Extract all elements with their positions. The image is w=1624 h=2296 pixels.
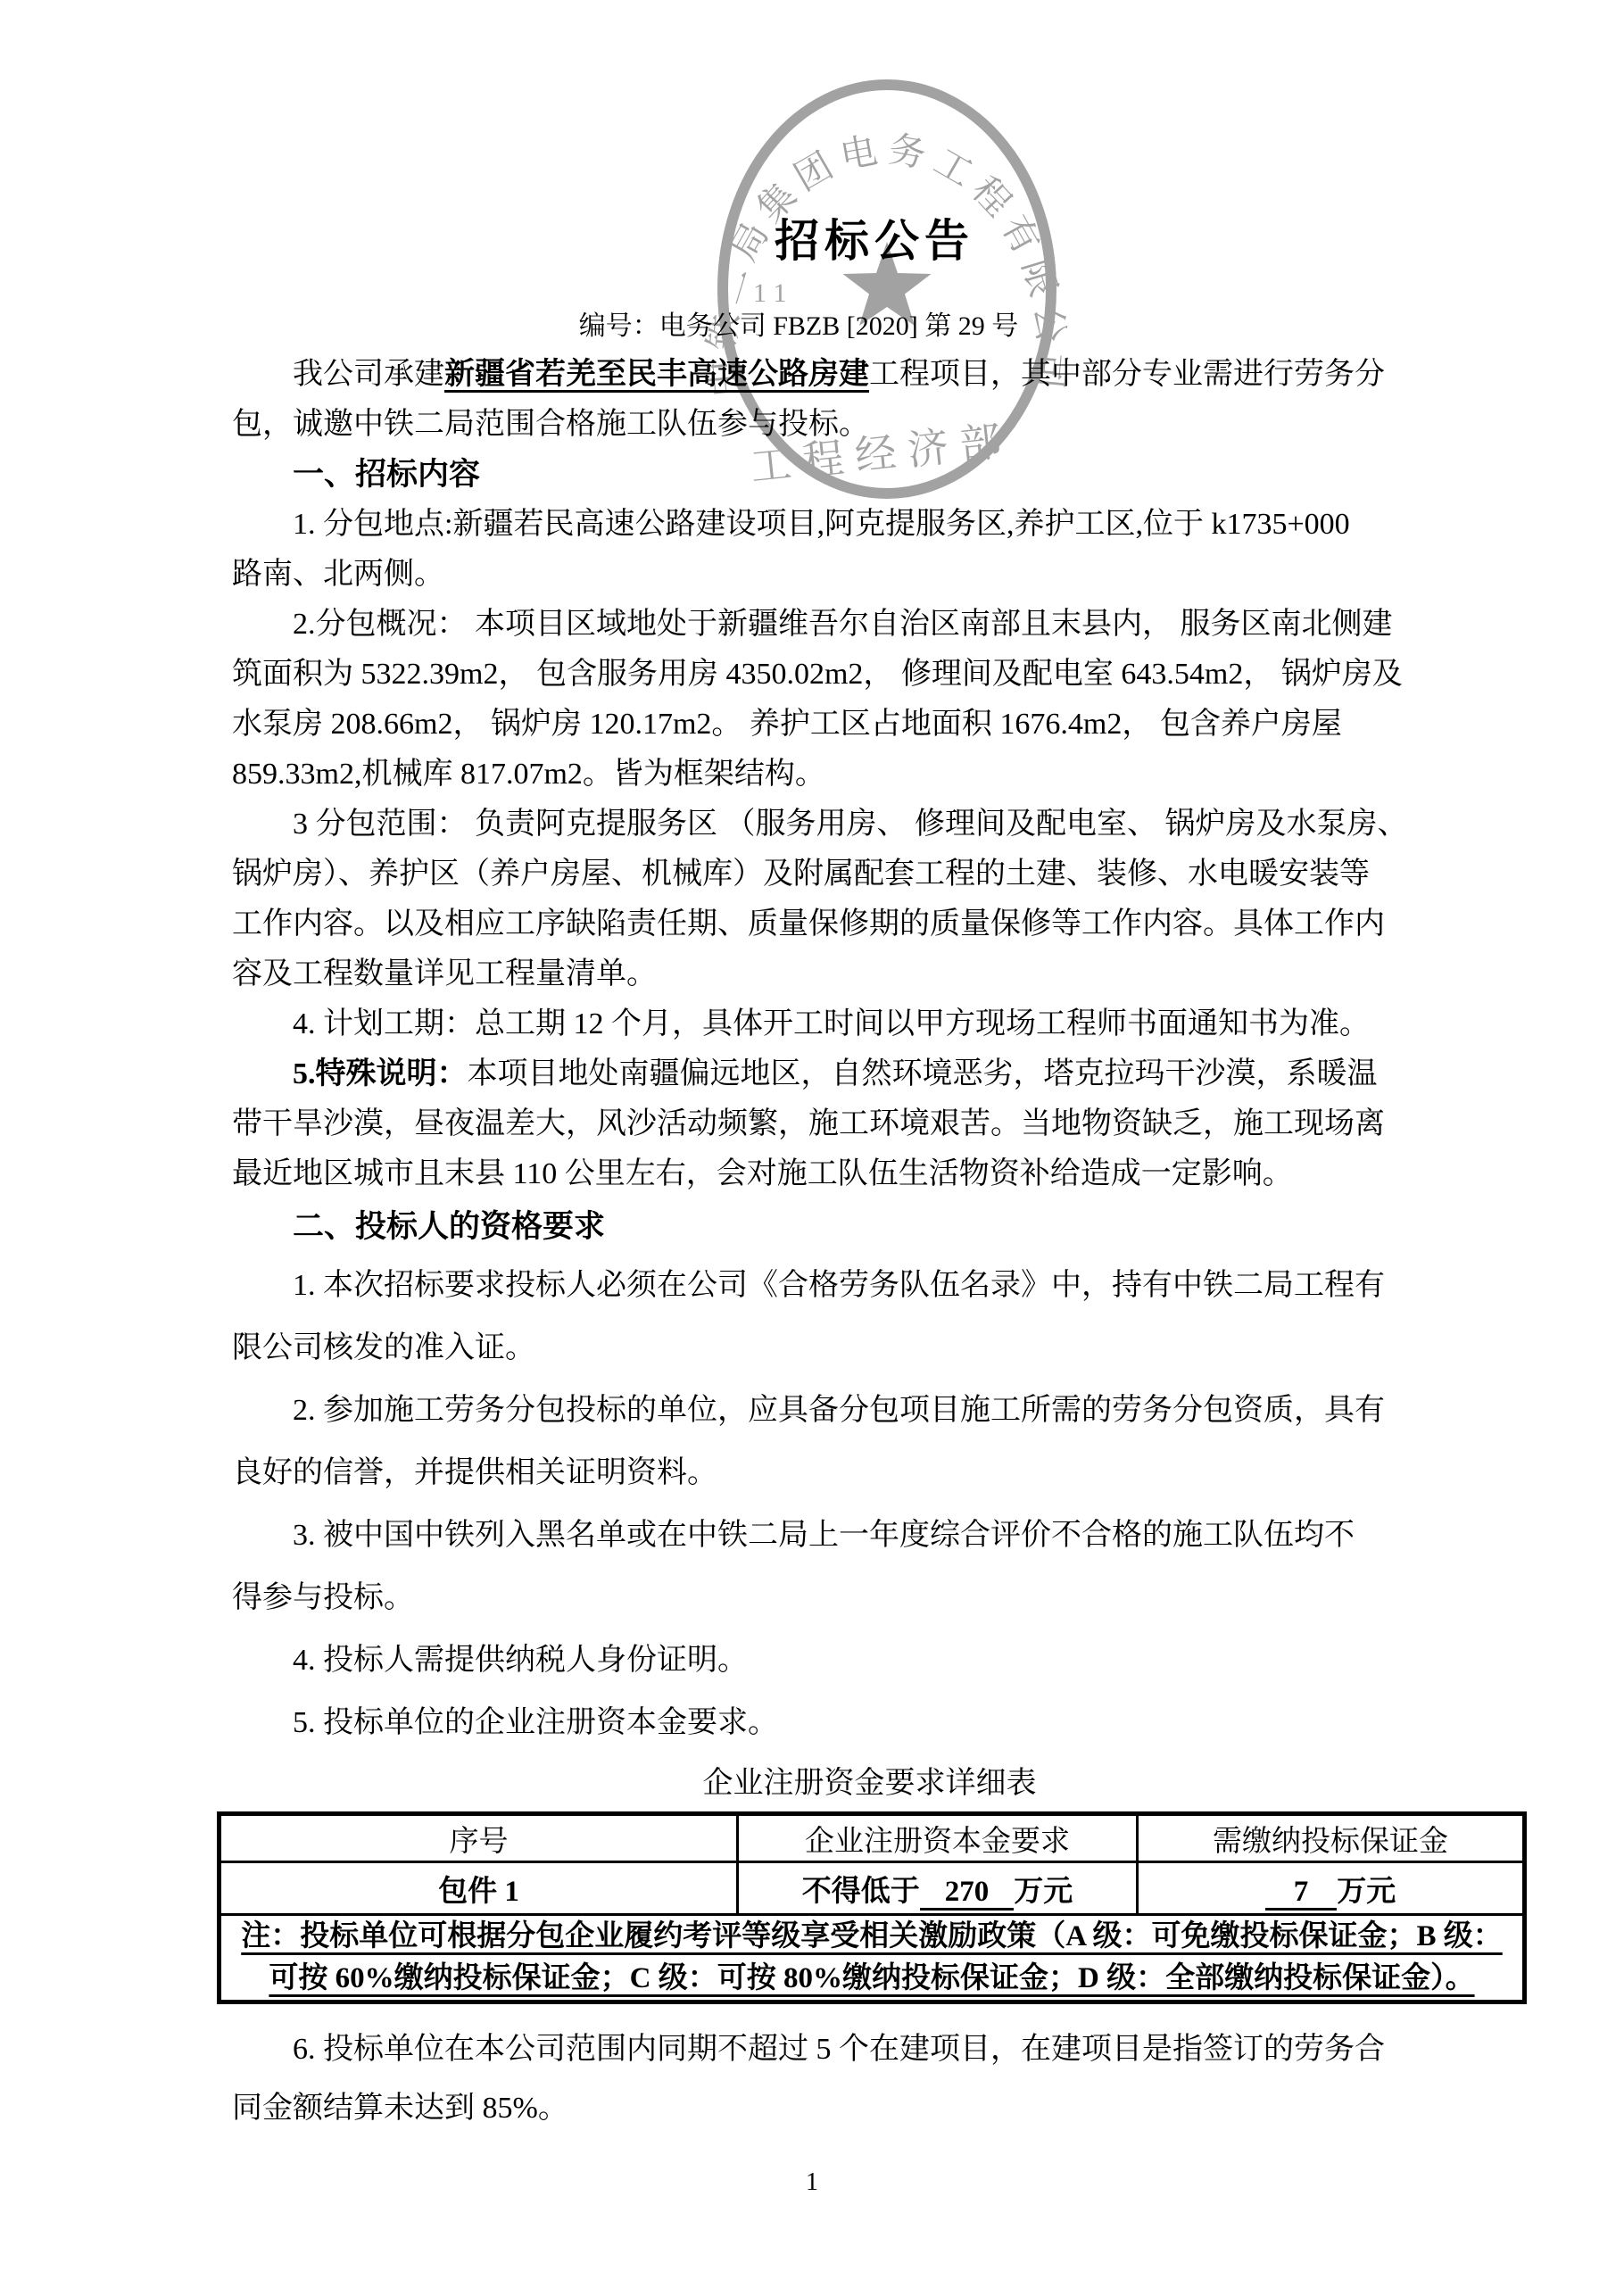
table-data-row: 包件 1 不得低于270万元 7万元: [220, 1862, 1525, 1915]
capital-value-blank: 270: [920, 1876, 1015, 1911]
capital-unit: 万元: [1014, 1876, 1073, 1908]
intro-paragraph-line2: 包，诚邀中铁二局范围合格施工队伍参与投标。: [232, 400, 1479, 450]
capital-requirement-table: 序号 企业注册资本金要求 需缴纳投标保证金 包件 1 不得低于270万元 7万元…: [217, 1811, 1527, 2004]
deposit-value-blank: 7: [1265, 1876, 1338, 1911]
section2-item2: 2. 参加施工劳务分包投标的单位，应具备分包项目施工所需的劳务分包资质，具有 良…: [232, 1380, 1479, 1504]
section1-item5-rest: 带干旱沙漠，昼夜温差大，风沙活动频繁，施工环境艰苦。当地物资缺乏，施工现场离 最…: [232, 1099, 1479, 1199]
section1-item1: 1. 分包地点:新疆若民高速公路建设项目,阿克提服务区,养护工区,位于 k173…: [232, 500, 1479, 600]
special-note-label: 5.特殊说明：: [293, 1057, 468, 1090]
section1-heading: 一、招标内容: [232, 450, 1479, 500]
section2-item6: 6. 投标单位在本公司范围内同期不超过 5 个在建项目，在建项目是指签订的劳务合…: [232, 2020, 1479, 2138]
section2-item5: 5. 投标单位的企业注册资本金要求。: [232, 1692, 1479, 1754]
header-deposit: 需缴纳投标保证金: [1138, 1814, 1525, 1862]
cell-deposit: 7万元: [1138, 1862, 1525, 1915]
intro-suffix: 工程项目，其中部分专业需进行劳务分: [869, 358, 1385, 391]
document-body: 我公司承建新疆省若羌至民丰高速公路房建工程项目，其中部分专业需进行劳务分 包，诚…: [232, 350, 1479, 2138]
deposit-unit: 万元: [1337, 1876, 1396, 1908]
cell-package: 包件 1: [220, 1862, 738, 1915]
section1-item5-line1: 5.特殊说明：本项目地处南疆偏远地区，自然环境恶劣，塔克拉玛干沙漠，系暖温: [232, 1049, 1479, 1099]
document-number: 编号：电务公司 FBZB [2020] 第 29 号: [0, 303, 1611, 343]
capital-prefix: 不得低于: [802, 1876, 920, 1908]
document-title: 招标公告: [62, 205, 1624, 269]
cell-capital: 不得低于270万元: [738, 1862, 1138, 1915]
section1-item4: 4. 计划工期：总工期 12 个月，具体开工时间以甲方现场工程师书面通知书为准。: [232, 999, 1479, 1049]
section2-item4: 4. 投标人需提供纳税人身份证明。: [232, 1629, 1479, 1692]
section1-item3: 3 分包范围： 负责阿克提服务区 （服务用房、 修理间及配电室、 锅炉房及水泵房…: [232, 800, 1479, 999]
table-note-row: 注：投标单位可根据分包企业履约考评等级享受相关激励政策（A 级：可免缴投标保证金…: [220, 1915, 1525, 2002]
section1-item2: 2.分包概况： 本项目区域地处于新疆维吾尔自治区南部且末县内， 服务区南北侧建 …: [232, 600, 1479, 800]
special-note-text: 本项目地处南疆偏远地区，自然环境恶劣，塔克拉玛干沙漠，系暖温: [468, 1057, 1378, 1090]
intro-prefix: 我公司承建: [293, 358, 444, 391]
intro-paragraph-line1: 我公司承建新疆省若羌至民丰高速公路房建工程项目，其中部分专业需进行劳务分: [232, 350, 1479, 400]
header-capital: 企业注册资本金要求: [738, 1814, 1138, 1862]
table-note: 注：投标单位可根据分包企业履约考评等级享受相关激励政策（A 级：可免缴投标保证金…: [220, 1915, 1525, 2002]
table-header-row: 序号 企业注册资本金要求 需缴纳投标保证金: [220, 1814, 1525, 1862]
document-page: 中铁二局集团电务工程有限公司 1 1 工程经济部 招标公告 编号：电务公司 FB…: [0, 0, 1624, 2296]
header-seq: 序号: [220, 1814, 738, 1862]
section2-heading: 二、投标人的资格要求: [232, 1199, 1479, 1255]
project-name-emphasis: 新疆省若羌至民丰高速公路房建: [444, 358, 869, 391]
section2-item3: 3. 被中国中铁列入黑名单或在中铁二局上一年度综合评价不合格的施工队伍均不 得参…: [232, 1504, 1479, 1629]
section2-item1: 1. 本次招标要求投标人必须在公司《合格劳务队伍名录》中，持有中铁二局工程有 限…: [232, 1255, 1479, 1380]
page-number: 1: [0, 2168, 1624, 2197]
table-caption: 企业注册资金要求详细表: [217, 1756, 1522, 1811]
